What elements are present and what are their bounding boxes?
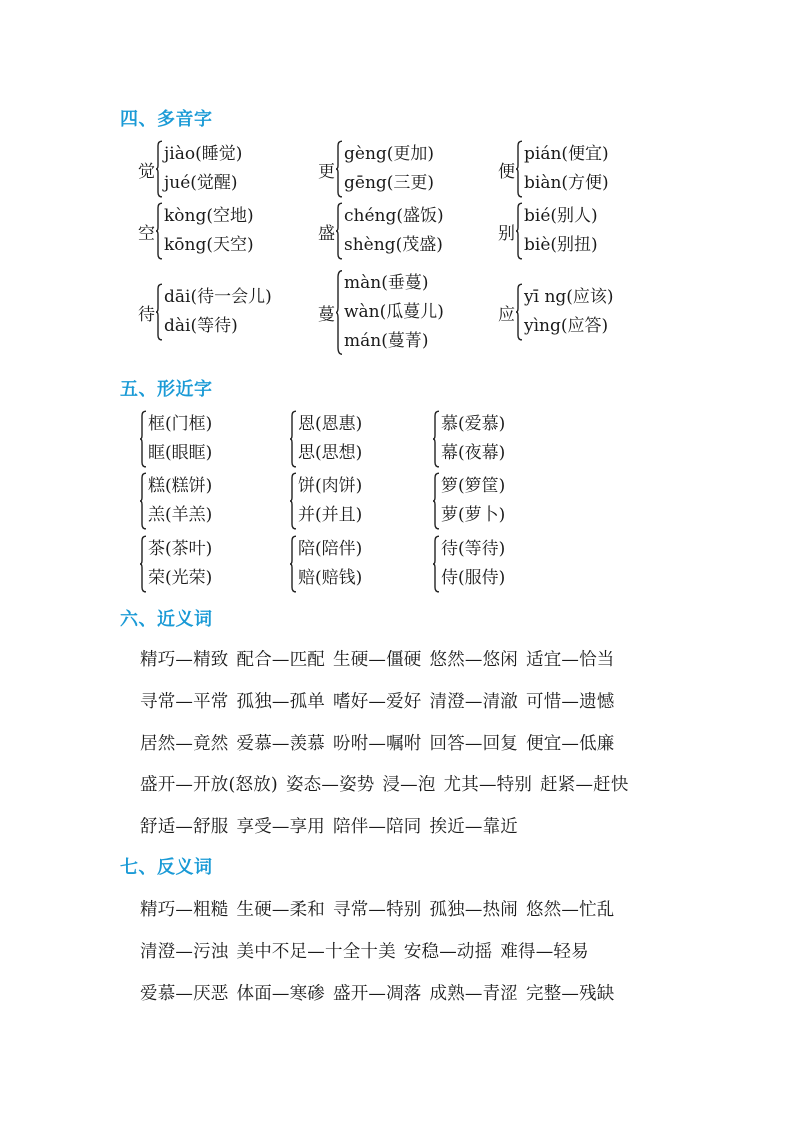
synonym-pair: 赶紧—赶快 (540, 775, 629, 795)
similar-char: 思(思想) (298, 439, 362, 468)
similar-char: 饼(肉饼) (298, 472, 362, 501)
section-heading-antonyms: 七、反义词 (120, 853, 213, 879)
synonym-pair: 可惜—遗憾 (526, 692, 615, 712)
similar-char: 糕(糕饼) (148, 472, 212, 501)
similar-char-group: 糕(糕饼) 羔(羊羔) (140, 472, 212, 530)
antonym-pair: 完整—残缺 (526, 984, 615, 1004)
antonym-pair: 精巧—粗糙 (140, 900, 229, 920)
brace-icon (336, 269, 343, 356)
similar-char: 荣(光荣) (148, 564, 212, 593)
polyphone-char: 空 (138, 219, 155, 244)
similar-char-group: 待(等待) 侍(服侍) (433, 535, 505, 593)
antonym-pair: 清澄—污浊 (140, 942, 229, 962)
similar-char: 恩(恩惠) (298, 410, 362, 439)
antonym-pair: 生硬—柔和 (237, 900, 326, 920)
polyphone-char: 蔓 (318, 300, 335, 325)
synonym-pair: 居然—竟然 (140, 734, 229, 754)
reading: bié(别人) (524, 202, 598, 231)
reading: dài(等待) (164, 312, 272, 341)
antonym-pair: 悠然—忙乱 (526, 900, 615, 920)
synonym-pair: 陪伴—陪同 (333, 817, 422, 837)
synonym-pair: 适宜—恰当 (526, 650, 615, 670)
similar-char: 羔(羊羔) (148, 501, 212, 530)
reading: shèng(茂盛) (344, 231, 444, 260)
antonym-line: 精巧—粗糙生硬—柔和寻常—特别孤独—热闹悠然—忙乱 (140, 896, 623, 921)
synonym-pair: 配合—匹配 (237, 650, 326, 670)
antonym-line: 清澄—污浊美中不足—十全十美安稳—动摇难得—轻易 (140, 938, 597, 963)
synonym-line: 寻常—平常孤独—孤单嗜好—爱好清澄—清澈可惜—遗憾 (140, 688, 623, 713)
brace-icon (140, 410, 147, 468)
similar-char: 并(并且) (298, 501, 362, 530)
polyphone-char: 更 (318, 157, 335, 182)
antonym-pair: 爱慕—厌恶 (140, 984, 229, 1004)
similar-char: 框(门框) (148, 410, 212, 439)
polyphone-group: 别 bié(别人) biè(别扭) (498, 202, 598, 260)
similar-char: 幕(夜幕) (441, 439, 505, 468)
polyphone-group: 蔓 màn(垂蔓) wàn(瓜蔓儿) mán(蔓菁) (318, 269, 444, 356)
section-heading-synonyms: 六、近义词 (120, 605, 213, 631)
synonym-pair: 便宜—低廉 (526, 734, 615, 754)
reading: kōng(天空) (164, 231, 254, 260)
section-heading-similar-chars: 五、形近字 (120, 375, 213, 401)
synonym-line: 盛开—开放(怒放)姿态—姿势浸—泡尤其—特别赶紧—赶快 (140, 771, 637, 796)
reading: jué(觉醒) (164, 169, 242, 198)
polyphone-group: 空 kòng(空地) kōng(天空) (138, 202, 254, 260)
synonym-pair: 爱慕—羡慕 (237, 734, 326, 754)
antonym-pair: 盛开—凋落 (333, 984, 422, 1004)
brace-icon (290, 472, 297, 530)
synonym-pair: 挨近—靠近 (430, 817, 519, 837)
antonym-pair: 美中不足—十全十美 (237, 942, 396, 962)
similar-char-group: 框(门框) 眶(眼眶) (140, 410, 212, 468)
antonym-pair: 安稳—动摇 (404, 942, 493, 962)
reading: màn(垂蔓) (344, 269, 444, 298)
synonym-pair: 生硬—僵硬 (333, 650, 422, 670)
similar-char-group: 陪(陪伴) 赔(赔钱) (290, 535, 362, 593)
synonym-pair: 孤独—孤单 (237, 692, 326, 712)
synonym-line: 精巧—精致配合—匹配生硬—僵硬悠然—悠闲适宜—恰当 (140, 646, 623, 671)
similar-char: 茶(茶叶) (148, 535, 212, 564)
synonym-pair: 精巧—精致 (140, 650, 229, 670)
polyphone-group: 待 dāi(待一会儿) dài(等待) (138, 283, 272, 341)
brace-icon (290, 410, 297, 468)
reading: kòng(空地) (164, 202, 254, 231)
antonym-pair: 寻常—特别 (333, 900, 422, 920)
polyphone-group: 盛 chéng(盛饭) shèng(茂盛) (318, 202, 444, 260)
similar-char-group: 恩(恩惠) 思(思想) (290, 410, 362, 468)
section-heading-polyphones: 四、多音字 (120, 105, 213, 131)
synonym-pair: 舒适—舒服 (140, 817, 229, 837)
reading: yī ng(应该) (524, 283, 614, 312)
polyphone-group: 应 yī ng(应该) yìng(应答) (498, 283, 614, 341)
brace-icon (156, 140, 163, 198)
synonym-pair: 回答—回复 (430, 734, 519, 754)
brace-icon (516, 283, 523, 341)
reading: dāi(待一会儿) (164, 283, 272, 312)
similar-char-group: 慕(爱慕) 幕(夜幕) (433, 410, 505, 468)
reading: biàn(方便) (524, 169, 609, 198)
similar-char: 慕(爱慕) (441, 410, 505, 439)
antonym-line: 爱慕—厌恶体面—寒碜盛开—凋落成熟—青涩完整—残缺 (140, 980, 623, 1005)
brace-icon (156, 202, 163, 260)
polyphone-char: 应 (498, 300, 515, 325)
similar-char: 陪(陪伴) (298, 535, 362, 564)
similar-char: 箩(箩筐) (441, 472, 505, 501)
synonym-pair: 姿态—姿势 (286, 775, 375, 795)
polyphone-group: 觉 jiào(睡觉) jué(觉醒) (138, 140, 242, 198)
polyphone-char: 便 (498, 157, 515, 182)
synonym-pair: 清澄—清澈 (430, 692, 519, 712)
brace-icon (433, 410, 440, 468)
reading: biè(别扭) (524, 231, 598, 260)
polyphone-char: 盛 (318, 219, 335, 244)
brace-icon (140, 535, 147, 593)
polyphone-char: 觉 (138, 157, 155, 182)
brace-icon (290, 535, 297, 593)
similar-char: 待(等待) (441, 535, 505, 564)
antonym-pair: 成熟—青涩 (430, 984, 519, 1004)
synonym-line: 居然—竟然爱慕—羡慕吩咐—嘱咐回答—回复便宜—低廉 (140, 730, 623, 755)
similar-char-group: 茶(茶叶) 荣(光荣) (140, 535, 212, 593)
brace-icon (336, 202, 343, 260)
brace-icon (336, 140, 343, 198)
antonym-pair: 体面—寒碜 (237, 984, 326, 1004)
similar-char: 侍(服侍) (441, 564, 505, 593)
reading: gèng(更加) (344, 140, 434, 169)
synonym-pair: 悠然—悠闲 (430, 650, 519, 670)
synonym-pair: 吩咐—嘱咐 (333, 734, 422, 754)
brace-icon (516, 140, 523, 198)
brace-icon (140, 472, 147, 530)
brace-icon (516, 202, 523, 260)
synonym-pair: 盛开—开放(怒放) (140, 775, 278, 795)
reading: yìng(应答) (524, 312, 614, 341)
brace-icon (433, 472, 440, 530)
antonym-pair: 孤独—热闹 (430, 900, 519, 920)
polyphone-char: 别 (498, 219, 515, 244)
reading: wàn(瓜蔓儿) (344, 298, 444, 327)
brace-icon (433, 535, 440, 593)
reading: gēng(三更) (344, 169, 434, 198)
similar-char: 眶(眼眶) (148, 439, 212, 468)
synonym-pair: 浸—泡 (382, 775, 435, 795)
antonym-pair: 难得—轻易 (500, 942, 589, 962)
reading: mán(蔓菁) (344, 327, 444, 356)
polyphone-group: 更 gèng(更加) gēng(三更) (318, 140, 434, 198)
polyphone-group: 便 pián(便宜) biàn(方便) (498, 140, 609, 198)
similar-char-group: 饼(肉饼) 并(并且) (290, 472, 362, 530)
synonym-line: 舒适—舒服享受—享用陪伴—陪同挨近—靠近 (140, 813, 526, 838)
synonym-pair: 嗜好—爱好 (333, 692, 422, 712)
brace-icon (156, 283, 163, 341)
synonym-pair: 尤其—特别 (444, 775, 533, 795)
similar-char: 赔(赔钱) (298, 564, 362, 593)
synonym-pair: 寻常—平常 (140, 692, 229, 712)
reading: jiào(睡觉) (164, 140, 242, 169)
reading: chéng(盛饭) (344, 202, 444, 231)
similar-char: 萝(萝卜) (441, 501, 505, 530)
synonym-pair: 享受—享用 (237, 817, 326, 837)
polyphone-char: 待 (138, 300, 155, 325)
similar-char-group: 箩(箩筐) 萝(萝卜) (433, 472, 505, 530)
reading: pián(便宜) (524, 140, 609, 169)
